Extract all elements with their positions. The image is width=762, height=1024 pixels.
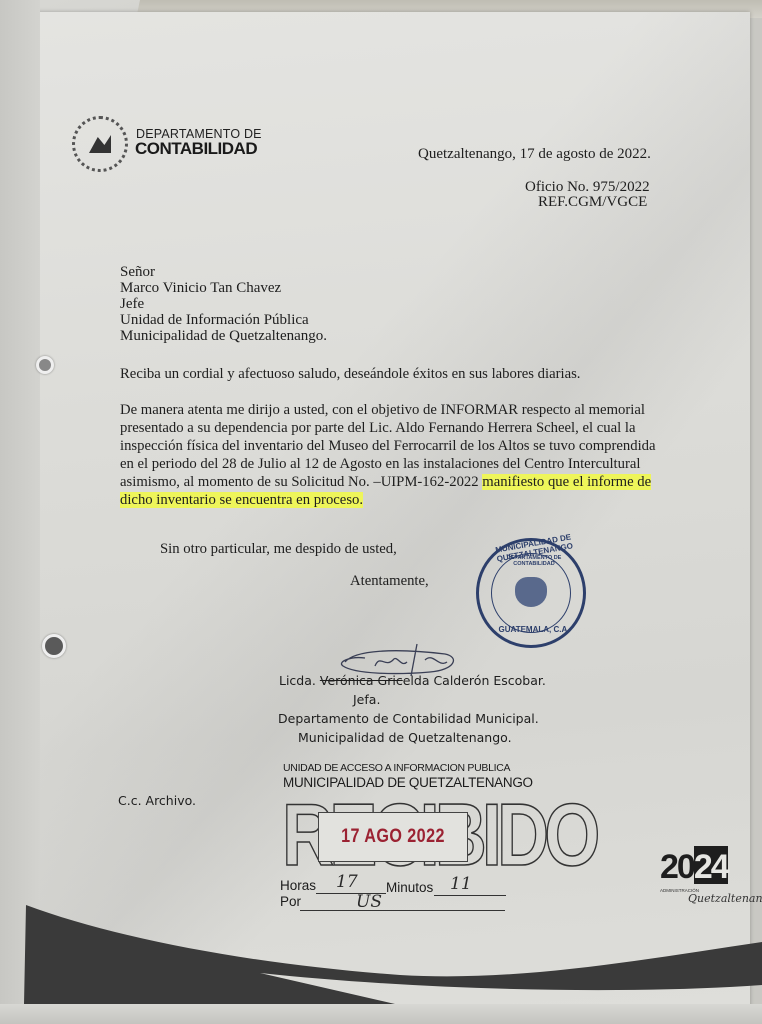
minutes-value: 11 bbox=[450, 874, 472, 894]
signer-institution: Municipalidad de Quetzaltenango. bbox=[298, 728, 512, 747]
highlighted-text: manifiesto que el informe de bbox=[482, 474, 651, 490]
binder-hole-icon bbox=[42, 634, 66, 658]
body-line: De manera atenta me dirijo a usted, con … bbox=[120, 401, 645, 420]
received-stamp-unit: UNIDAD DE ACCESO A INFORMACION PUBLICA bbox=[283, 762, 510, 774]
received-date: 17 AGO 2022 bbox=[341, 826, 445, 848]
signer-name: Licda. Verónica Gricelda Calderón Escoba… bbox=[279, 671, 546, 690]
signer-struck-name: Verónica Gric bbox=[320, 673, 403, 688]
body-line: dicho inventario se encuentra en proceso… bbox=[120, 491, 363, 510]
municipal-seal-icon bbox=[72, 116, 128, 172]
signer-prefix: Licda. bbox=[279, 673, 320, 688]
regards-line: Atentamente, bbox=[350, 572, 429, 591]
by-label: Por bbox=[280, 894, 301, 909]
binder-hole-icon bbox=[36, 356, 54, 374]
paper-bottom-edge bbox=[0, 1004, 762, 1024]
administration-2024-logo: 2024 ADMINISTRACIÓN Quetzaltenango bbox=[656, 842, 756, 912]
body-line-text: asimismo, al momento de su Solicitud No.… bbox=[120, 474, 482, 490]
body-line: asimismo, al momento de su Solicitud No.… bbox=[120, 473, 651, 492]
closing-line: Sin otro particular, me despido de usted… bbox=[160, 540, 397, 559]
signer-name-rest: elda Calderón Escobar. bbox=[403, 673, 546, 688]
received-date-box: 17 AGO 2022 bbox=[318, 812, 468, 862]
minutes-line bbox=[434, 895, 506, 896]
by-line bbox=[300, 910, 505, 911]
greeting-paragraph: Reciba un cordial y afectuoso saludo, de… bbox=[120, 365, 580, 384]
signer-role: Jefa. bbox=[353, 690, 380, 709]
logo-city: Quetzaltenango bbox=[688, 892, 762, 905]
logo-year-a: 20 bbox=[660, 848, 694, 886]
reference-code: REF.CGM/VGCE bbox=[538, 193, 647, 211]
seal-bottom-text: GUATEMALA, C.A. bbox=[495, 625, 573, 634]
by-value: US bbox=[356, 892, 382, 912]
department-name-line2: CONTABILIDAD bbox=[135, 139, 257, 159]
hours-value: 17 bbox=[336, 872, 358, 892]
recipient-name: Marco Vinicio Tan Chavez bbox=[120, 279, 281, 297]
body-line: presentado a su dependencia por parte de… bbox=[120, 419, 635, 438]
hours-label: Horas bbox=[280, 878, 316, 893]
page-left-margin bbox=[0, 0, 40, 1024]
logo-year-b: 24 bbox=[694, 848, 728, 886]
body-line: inspección física del inventario del Mus… bbox=[120, 437, 656, 456]
official-seal-stamp: MUNICIPALIDAD DE QUETZALTENANGO DEPARTAM… bbox=[476, 538, 586, 648]
carbon-copy: C.c. Archivo. bbox=[118, 793, 196, 808]
minutes-label: Minutos bbox=[386, 880, 433, 895]
highlighted-text: dicho inventario se encuentra en proceso… bbox=[120, 492, 363, 508]
coat-of-arms-icon bbox=[515, 577, 547, 607]
recipient-institution: Municipalidad de Quetzaltenango. bbox=[120, 327, 327, 345]
place-date: Quetzaltenango, 17 de agosto de 2022. bbox=[418, 145, 651, 163]
logo-year: 2024 bbox=[660, 848, 728, 887]
signer-department: Departamento de Contabilidad Municipal. bbox=[278, 709, 539, 728]
body-line: en el periodo del 28 de Julio al 12 de A… bbox=[120, 455, 640, 474]
